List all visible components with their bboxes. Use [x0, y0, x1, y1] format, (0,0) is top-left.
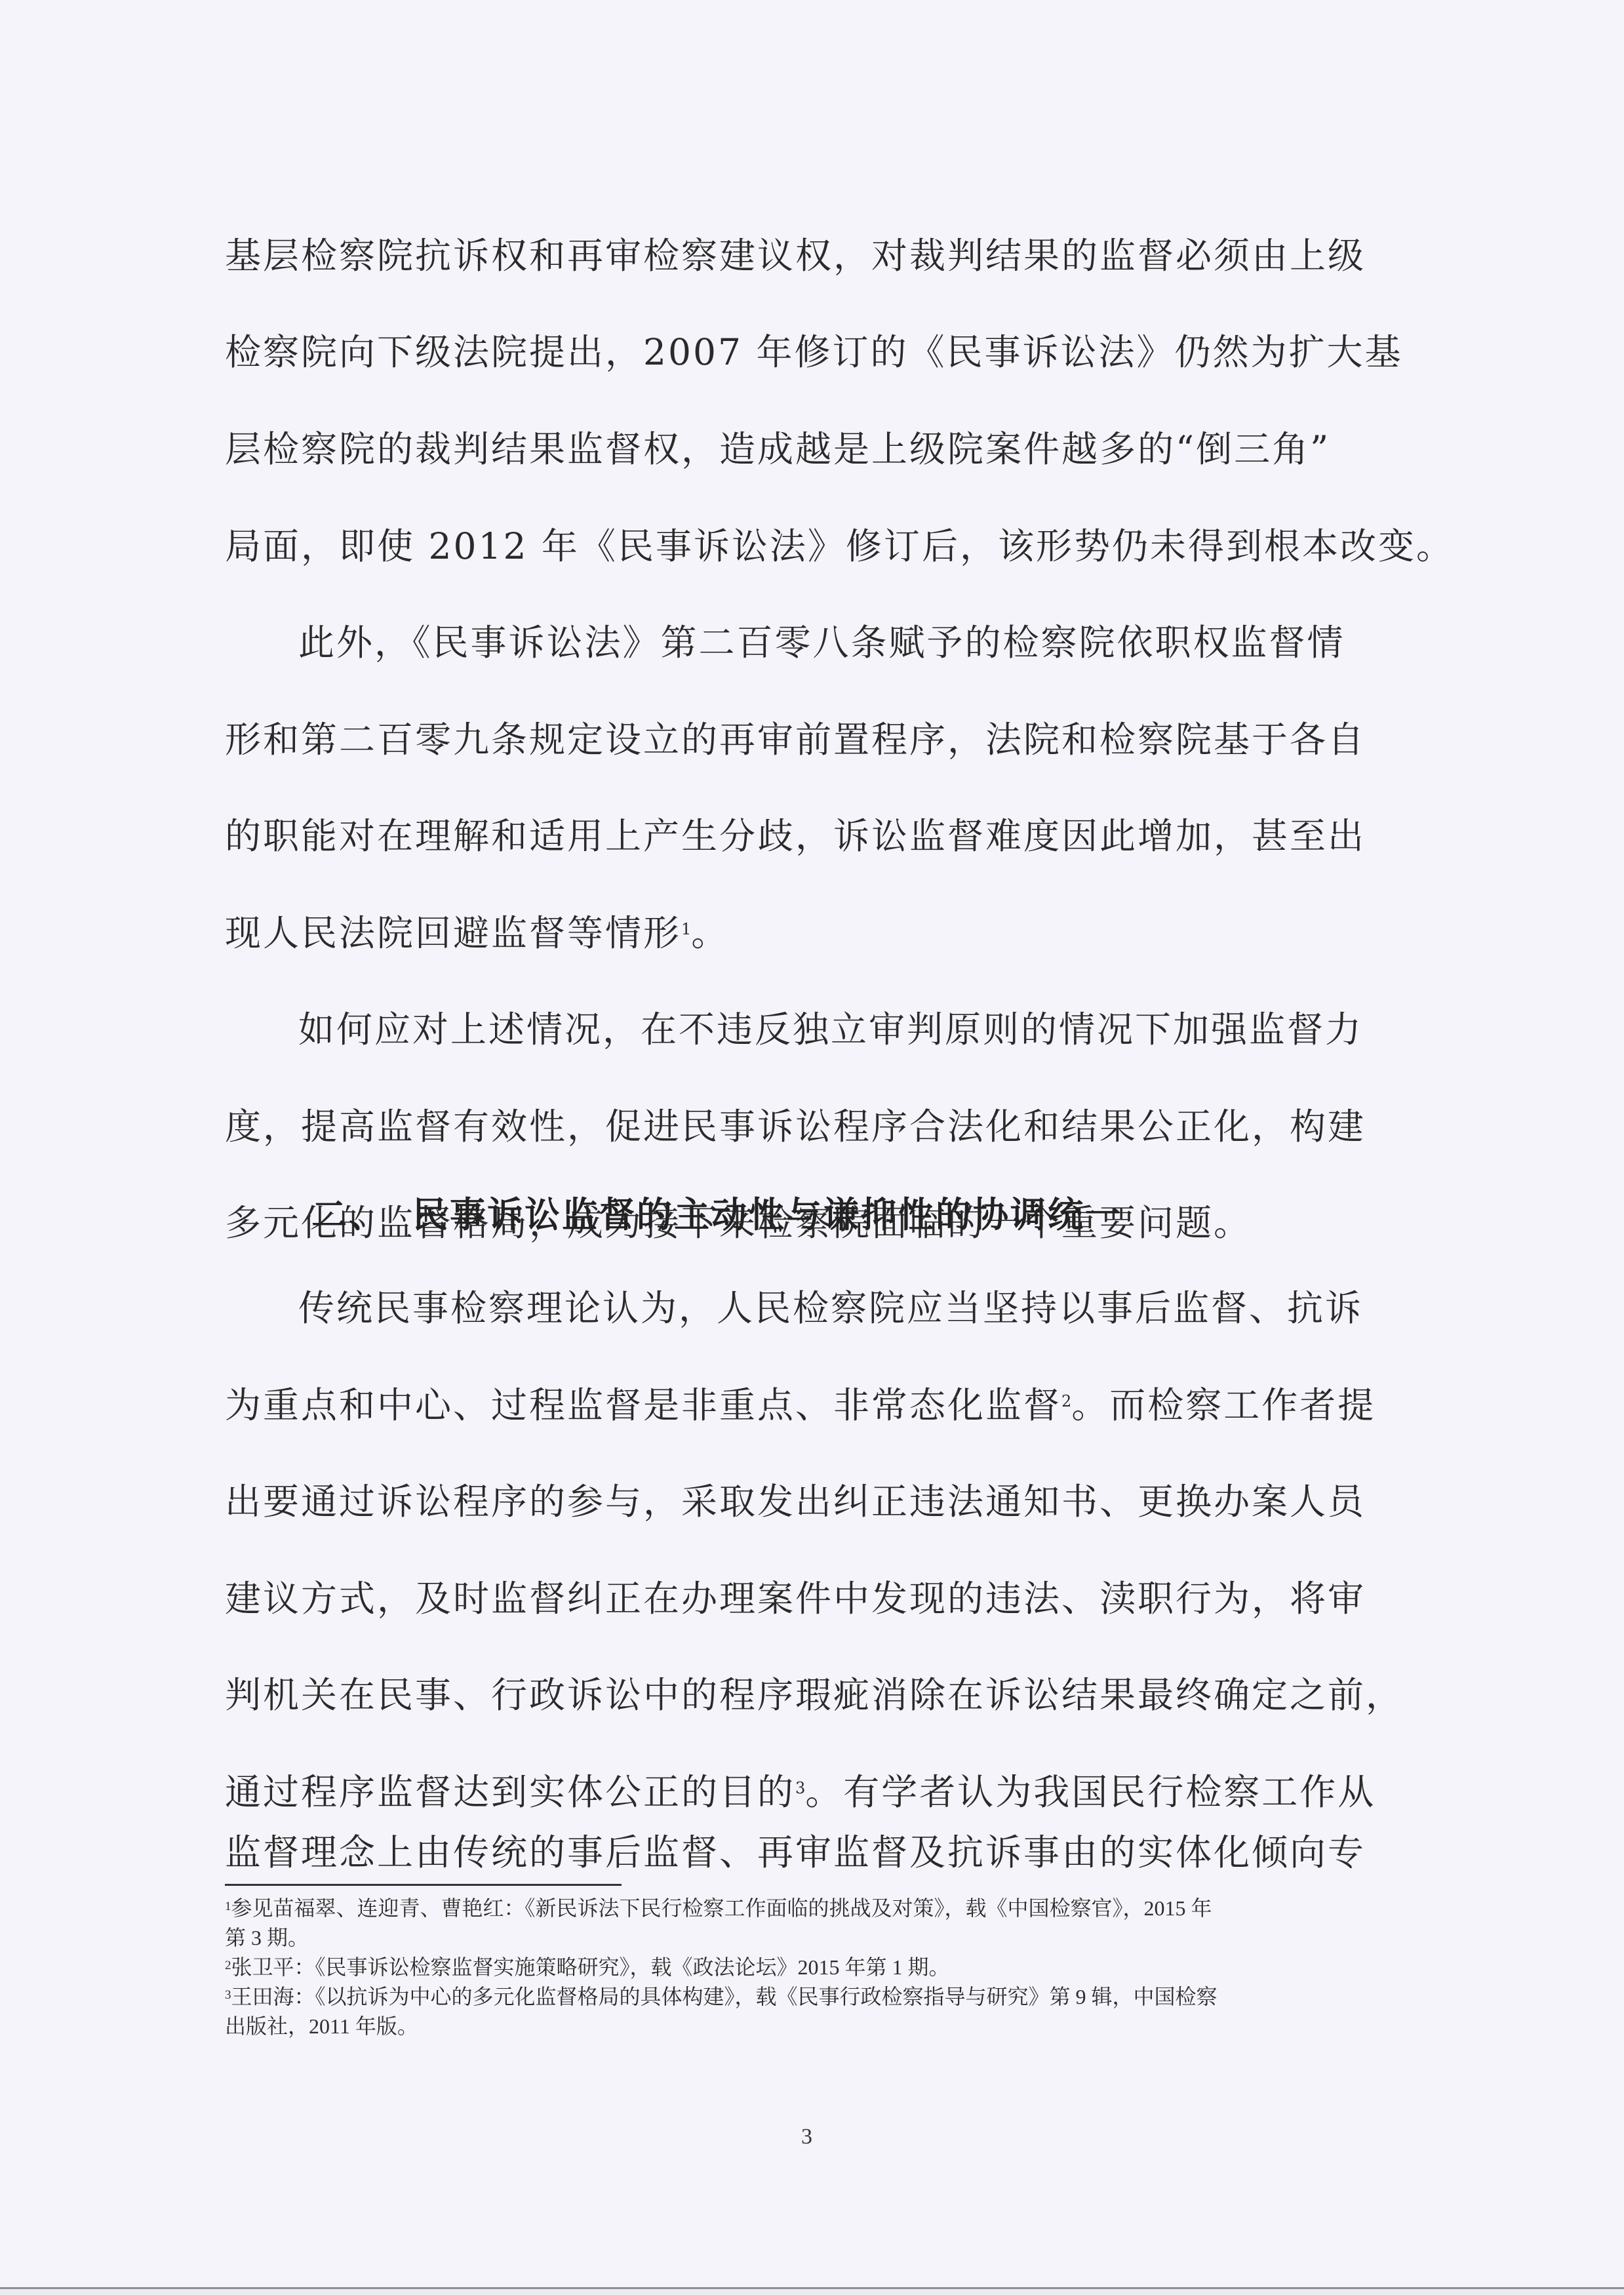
body-line: 现人民法院回避监督等情形1。 — [225, 910, 1385, 956]
footnote-number: 3 — [225, 1988, 231, 2002]
footnote-text: 王田海：《以抗诉为中心的多元化监督格局的具体构建》，载《民事行政检察指导与研究》… — [231, 1985, 1218, 2008]
body-line: 为重点和中心、过程监督是非重点、非常态化监督2。而检察工作者提 — [225, 1382, 1385, 1428]
body-line: 局面，即使 2012 年《民事诉讼法》修订后，该形势仍未得到根本改变。 — [225, 523, 1385, 569]
section-heading: 二、民事诉讼监督的主动性与谦抑性的协调统一 — [311, 1192, 1122, 1238]
body-line: 形和第二百零九条规定设立的再审前置程序，法院和检察院基于各自 — [225, 717, 1385, 763]
body-line: 传统民事检察理论认为，人民检察院应当坚持以事后监督、抗诉 — [298, 1285, 1459, 1331]
body-line: 如何应对上述情况，在不违反独立审判原则的情况下加强监督力 — [298, 1007, 1459, 1052]
footnote-3-cont: 出版社，2011 年版。 — [225, 2013, 1392, 2039]
footnote-ref-2[interactable]: 2 — [1061, 1392, 1071, 1410]
body-text: 为重点和中心、过程监督是非重点、非常态化监督 — [225, 1384, 1061, 1426]
section-title: 民事诉讼监督的主动性与谦抑性的协调统一 — [412, 1194, 1122, 1235]
body-text: 通过程序监督达到实体公正的目的 — [225, 1771, 795, 1813]
footnote-ref-3[interactable]: 3 — [795, 1779, 805, 1797]
footnote-number: 1 — [225, 1900, 231, 1913]
footnote-text: 参见苗福翠、连迎青、曹艳红：《新民诉法下民行检察工作面临的挑战及对策》，载《中国… — [231, 1896, 1212, 1920]
body-text: 现人民法院回避监督等情形 — [225, 912, 681, 954]
body-line: 此外，《民事诉讼法》第二百零八条赋予的检察院依职权监督情 — [298, 620, 1459, 666]
body-line: 建议方式，及时监督纠正在办理案件中发现的违法、渎职行为，将审 — [225, 1576, 1385, 1622]
body-text: 。 — [691, 912, 729, 954]
body-line: 的职能对在理解和适用上产生分歧，诉讼监督难度因此增加，甚至出 — [225, 813, 1385, 859]
body-line: 度，提高监督有效性，促进民事诉讼程序合法化和结果公正化，构建 — [225, 1104, 1385, 1149]
body-line: 判机关在民事、行政诉讼中的程序瑕疵消除在诉讼结果最终确定之前， — [225, 1672, 1385, 1718]
footnote-1-cont: 第 3 期。 — [225, 1925, 1392, 1951]
footnote-1: 1参见苗福翠、连迎青、曹艳红：《新民诉法下民行检察工作面临的挑战及对策》，载《中… — [225, 1895, 1392, 1921]
body-line: 基层检察院抗诉权和再审检察建议权，对裁判结果的监督必须由上级 — [225, 233, 1385, 279]
scan-margin — [0, 2289, 1624, 2295]
document-page: 基层检察院抗诉权和再审检察建议权，对裁判结果的监督必须由上级 检察院向下级法院提… — [0, 0, 1624, 2287]
footnote-text: 张卫平：《民事诉讼检察监督实施策略研究》，载《政法论坛》2015 年第 1 期。 — [231, 1955, 950, 1979]
footnote-ref-1[interactable]: 1 — [681, 920, 691, 938]
body-line: 检察院向下级法院提出，2007 年修订的《民事诉讼法》仍然为扩大基 — [225, 329, 1385, 375]
body-line: 出要通过诉讼程序的参与，采取发出纠正违法通知书、更换办案人员 — [225, 1479, 1385, 1525]
footnote-2: 2张卫平：《民事诉讼检察监督实施策略研究》，载《政法论坛》2015 年第 1 期… — [225, 1954, 1392, 1980]
footnote-number: 2 — [225, 1959, 231, 1972]
page-number: 3 — [801, 2125, 812, 2149]
footnote-3: 3王田海：《以抗诉为中心的多元化监督格局的具体构建》，载《民事行政检察指导与研究… — [225, 1984, 1392, 2010]
body-line: 监督理念上由传统的事后监督、再审监督及抗诉事由的实体化倾向专 — [225, 1829, 1385, 1875]
body-line: 层检察院的裁判结果监督权，造成越是上级院案件越多的“倒三角” — [225, 426, 1385, 472]
body-text: 。而检察工作者提 — [1071, 1384, 1376, 1426]
body-line: 通过程序监督达到实体公正的目的3。有学者认为我国民行检察工作从 — [225, 1769, 1385, 1815]
section-number: 二、 — [311, 1194, 386, 1235]
body-text: 。有学者认为我国民行检察工作从 — [805, 1771, 1376, 1813]
footnote-separator — [225, 1884, 622, 1886]
